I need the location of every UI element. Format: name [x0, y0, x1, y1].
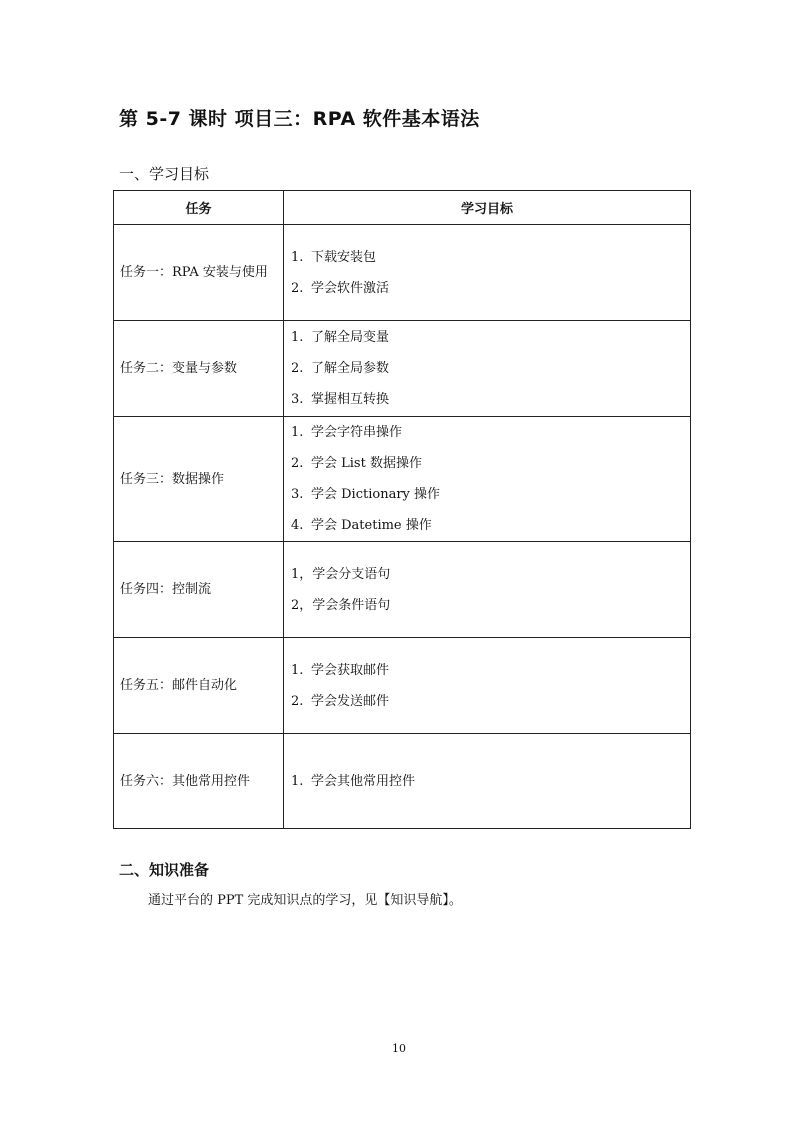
goals-cell: 1，学会分支语句2，学会条件语句: [284, 542, 691, 638]
goal-number: 2.: [291, 273, 311, 304]
table-row: 任务三：数据操作1.学会字符串操作2.学会 List 数据操作3.学会 Dict…: [114, 417, 691, 542]
goals-cell: 1.学会获取邮件2.学会发送邮件: [284, 638, 691, 734]
table-header-row: 任务 学习目标: [114, 191, 691, 225]
goal-item: 4.学会 Datetime 操作: [291, 510, 683, 541]
goal-item: 3.掌握相互转换: [291, 384, 683, 415]
column-header-goals: 学习目标: [284, 191, 691, 225]
goal-text: 学会条件语句: [312, 598, 390, 613]
goal-number: 4.: [291, 510, 311, 541]
section-heading-knowledge-prep: 二、知识准备: [119, 859, 209, 880]
goal-number: 3.: [291, 479, 311, 510]
table-row: 任务五：邮件自动化1.学会获取邮件2.学会发送邮件: [114, 638, 691, 734]
goal-item: 2.学会 List 数据操作: [291, 448, 683, 479]
goal-item: 2.学会软件激活: [291, 273, 683, 304]
goal-number: 1.: [291, 322, 311, 353]
task-cell: 任务四：控制流: [114, 542, 284, 638]
goal-item: 2.了解全局参数: [291, 353, 683, 384]
goal-item: 1.学会其他常用控件: [291, 766, 683, 797]
goal-item: 1.学会获取邮件: [291, 655, 683, 686]
table-row: 任务一：RPA 安装与使用1.下载安装包2.学会软件激活: [114, 225, 691, 321]
goal-text: 学会发送邮件: [311, 694, 389, 709]
goal-item: 1.了解全局变量: [291, 322, 683, 353]
goal-text: 学会字符串操作: [311, 425, 402, 440]
goal-item: 3.学会 Dictionary 操作: [291, 479, 683, 510]
goal-text: 学会 Datetime 操作: [311, 518, 432, 533]
goal-item: 1.学会字符串操作: [291, 417, 683, 448]
goal-item: 2.学会发送邮件: [291, 686, 683, 717]
goal-text: 了解全局参数: [311, 361, 389, 376]
goal-number: 1.: [291, 766, 311, 797]
goal-text: 学会 Dictionary 操作: [311, 487, 440, 502]
goals-cell: 1.学会字符串操作2.学会 List 数据操作3.学会 Dictionary 操…: [284, 417, 691, 542]
goal-item: 1，学会分支语句: [291, 559, 683, 590]
goal-text: 学会获取邮件: [311, 663, 389, 678]
task-cell: 任务二：变量与参数: [114, 321, 284, 417]
column-header-task: 任务: [114, 191, 284, 225]
goal-text: 下载安装包: [311, 250, 376, 265]
goals-cell: 1.下载安装包2.学会软件激活: [284, 225, 691, 321]
goal-number: 2.: [291, 353, 311, 384]
table-row: 任务四：控制流1，学会分支语句2，学会条件语句: [114, 542, 691, 638]
task-cell: 任务三：数据操作: [114, 417, 284, 542]
goal-number: 1.: [291, 242, 311, 273]
goals-cell: 1.学会其他常用控件: [284, 734, 691, 829]
table-body: 任务一：RPA 安装与使用1.下载安装包2.学会软件激活任务二：变量与参数1.了…: [114, 225, 691, 829]
goal-number: 2.: [291, 686, 311, 717]
table-row: 任务六：其他常用控件1.学会其他常用控件: [114, 734, 691, 829]
goal-number: 3.: [291, 384, 311, 415]
goal-text: 学会软件激活: [311, 281, 389, 296]
goal-item: 1.下载安装包: [291, 242, 683, 273]
goal-text: 学会分支语句: [312, 567, 390, 582]
goals-cell: 1.了解全局变量2.了解全局参数3.掌握相互转换: [284, 321, 691, 417]
task-cell: 任务五：邮件自动化: [114, 638, 284, 734]
goal-number: 1.: [291, 655, 311, 686]
goal-text: 学会 List 数据操作: [311, 456, 422, 471]
goal-number: 1，: [291, 559, 312, 590]
goal-text: 掌握相互转换: [311, 392, 389, 407]
goal-number: 1.: [291, 417, 311, 448]
section-heading-learning-goals: 一、学习目标: [119, 163, 209, 184]
task-cell: 任务六：其他常用控件: [114, 734, 284, 829]
page-title: 第 5-7 课时 项目三：RPA 软件基本语法: [119, 104, 480, 131]
table-row: 任务二：变量与参数1.了解全局变量2.了解全局参数3.掌握相互转换: [114, 321, 691, 417]
page-number: 10: [392, 1042, 406, 1055]
goal-text: 了解全局变量: [311, 330, 389, 345]
knowledge-prep-paragraph: 通过平台的 PPT 完成知识点的学习，见【知识导航】。: [148, 889, 462, 908]
goal-text: 学会其他常用控件: [311, 774, 415, 789]
learning-goals-table: 任务 学习目标 任务一：RPA 安装与使用1.下载安装包2.学会软件激活任务二：…: [113, 190, 691, 829]
goal-item: 2，学会条件语句: [291, 590, 683, 621]
goal-number: 2.: [291, 448, 311, 479]
goal-number: 2，: [291, 590, 312, 621]
task-cell: 任务一：RPA 安装与使用: [114, 225, 284, 321]
